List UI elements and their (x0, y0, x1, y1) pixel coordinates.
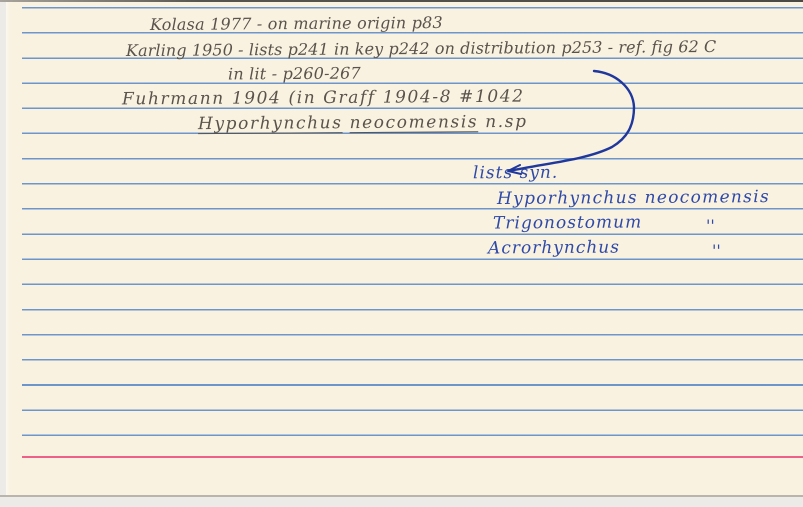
note-line-pages: in lit - p260-267 (228, 64, 361, 84)
synonym-item: Trigonostomum (493, 212, 642, 233)
note-line-kolasa: Kolasa 1977 - on marine origin p83 (150, 13, 443, 34)
ruled-index-card (6, 2, 803, 495)
synonym-item: Acrorhynchus (488, 238, 620, 259)
red-rule-line (22, 456, 803, 458)
species-new-species-abbrev: n.sp (485, 112, 527, 132)
card-bottom-edge (0, 495, 803, 497)
scan-top-edge (0, 0, 803, 2)
synonym-item: Hyporhynchus neocomensis (497, 187, 770, 209)
note-line-fuhrmann: Fuhrmann 1904 (in Graff 1904-8 #1042 (122, 87, 525, 110)
ditto-mark: '' (712, 241, 721, 260)
ditto-mark: '' (706, 216, 715, 235)
synonyms-header: lists syn. (473, 163, 558, 184)
species-genus: Hyporhynchus (198, 113, 343, 134)
species-name-line: Hyporhynchus neocomensis n.sp (198, 112, 528, 134)
species-epithet: neocomensis (349, 112, 478, 133)
blue-rule-lines (22, 7, 803, 437)
index-card-scan: Kolasa 1977 - on marine origin p83 Karli… (0, 0, 803, 507)
